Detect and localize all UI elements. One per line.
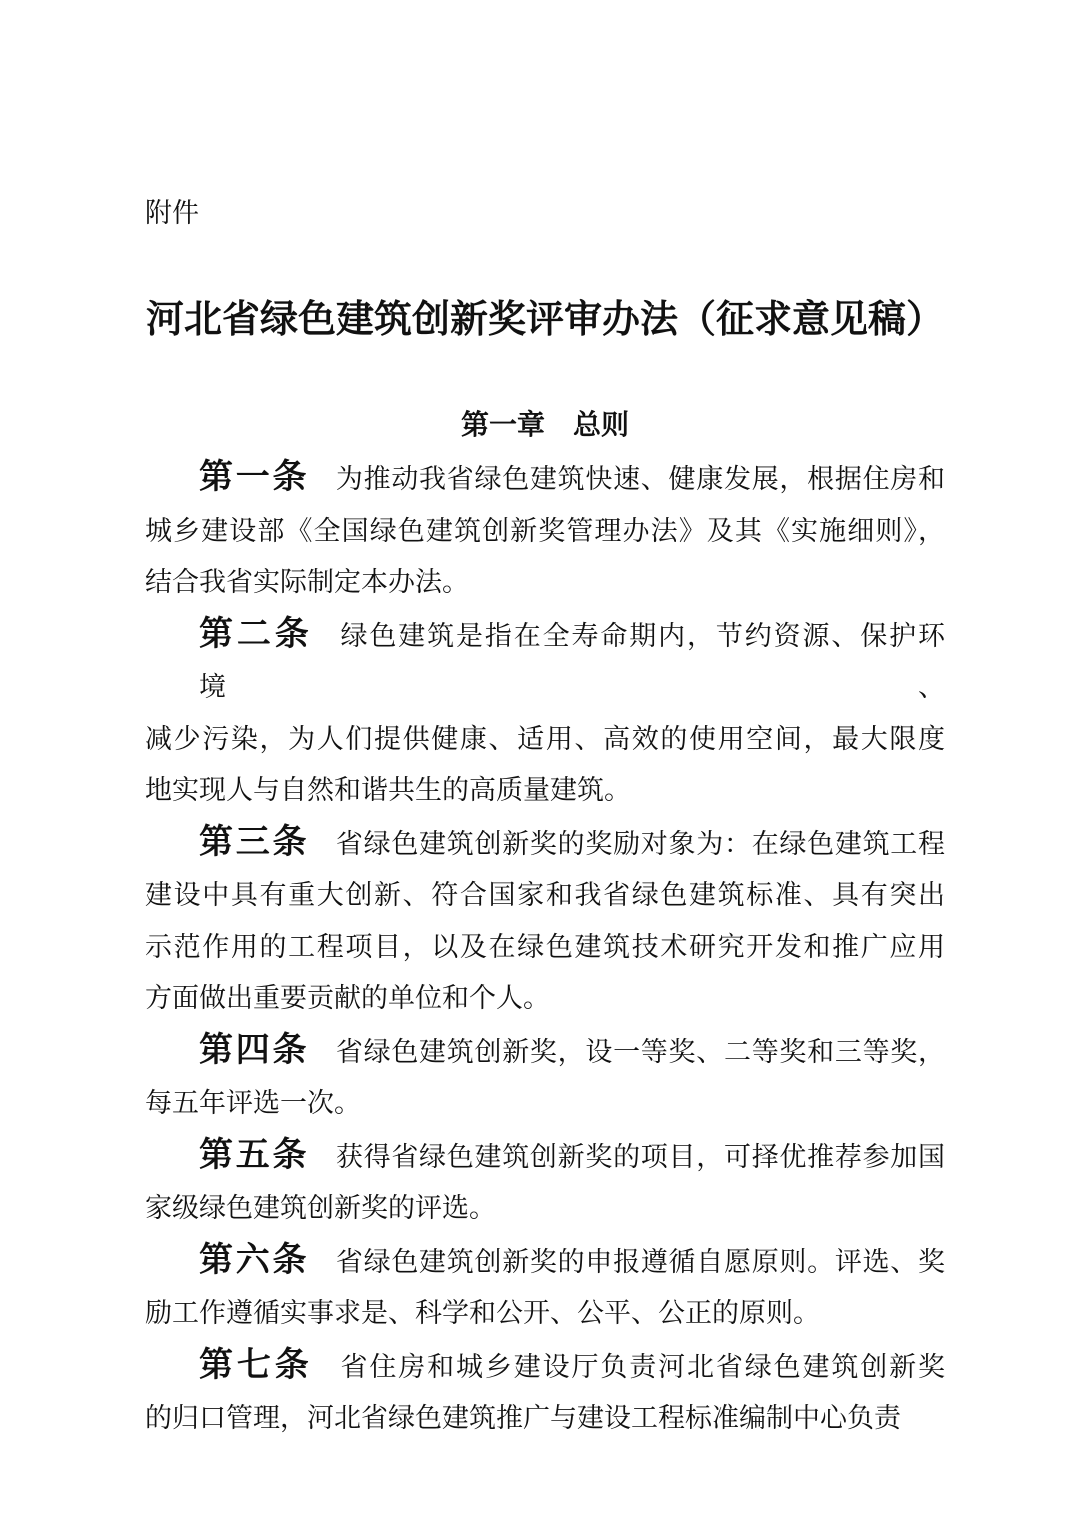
article-line: 城乡建设部《全国绿色建筑创新奖管理办法》及其《实施细则》， — [145, 506, 945, 558]
article: 第五条获得省绿色建筑创新奖的项目，可择优推荐参加国家级绿色建筑创新奖的评选。 — [145, 1130, 945, 1235]
article: 第二条绿色建筑是指在全寿命期内，节约资源、保护环境、减少污染，为人们提供健康、适… — [145, 609, 945, 817]
article-line: 结合我省实际制定本办法。 — [145, 557, 945, 609]
document-title: 河北省绿色建筑创新奖评审办法（征求意见稿） — [145, 297, 945, 343]
article-line: 的归口管理，河北省绿色建筑推广与建设工程标准编制中心负责 — [145, 1393, 945, 1445]
article-line-text: 获得省绿色建筑创新奖的项目，可择优推荐参加国 — [335, 1142, 945, 1172]
article-line: 第七条省住房和城乡建设厅负责河北省绿色建筑创新奖 — [145, 1340, 945, 1394]
articles-body: 第一条为推动我省绿色建筑快速、健康发展，根据住房和城乡建设部《全国绿色建筑创新奖… — [145, 452, 945, 1445]
article: 第三条省绿色建筑创新奖的奖励对象为：在绿色建筑工程建设中具有重大创新、符合国家和… — [145, 817, 945, 1025]
article-line-text: 省绿色建筑创新奖的申报遵循自愿原则。评选、奖 — [335, 1247, 945, 1277]
chapter-title: 总则 — [573, 409, 629, 440]
article-line: 方面做出重要贡献的单位和个人。 — [145, 973, 945, 1025]
article-number-label: 第五条 — [199, 1136, 309, 1174]
article-line: 第四条省绿色建筑创新奖，设一等奖、二等奖和三等奖， — [145, 1025, 945, 1079]
article-line-text: 省住房和城乡建设厅负责河北省绿色建筑创新奖 — [339, 1352, 945, 1382]
article-line: 建设中具有重大创新、符合国家和我省绿色建筑标准、具有突出 — [145, 870, 945, 922]
article-line: 第三条省绿色建筑创新奖的奖励对象为：在绿色建筑工程 — [145, 817, 945, 871]
article-line: 第五条获得省绿色建筑创新奖的项目，可择优推荐参加国 — [145, 1130, 945, 1184]
article-line: 示范作用的工程项目，以及在绿色建筑技术研究开发和推广应用 — [145, 922, 945, 974]
article: 第四条省绿色建筑创新奖，设一等奖、二等奖和三等奖，每五年评选一次。 — [145, 1025, 945, 1130]
article-line-text: 省绿色建筑创新奖，设一等奖、二等奖和三等奖， — [335, 1037, 945, 1067]
article: 第六条省绿色建筑创新奖的申报遵循自愿原则。评选、奖励工作遵循实事求是、科学和公开… — [145, 1235, 945, 1340]
article-line: 第六条省绿色建筑创新奖的申报遵循自愿原则。评选、奖 — [145, 1235, 945, 1289]
article: 第七条省住房和城乡建设厅负责河北省绿色建筑创新奖的归口管理，河北省绿色建筑推广与… — [145, 1340, 945, 1445]
article-line: 家级绿色建筑创新奖的评选。 — [145, 1183, 945, 1235]
article-number-label: 第二条 — [199, 615, 313, 653]
article-number-label: 第六条 — [199, 1241, 309, 1279]
article-line-text: 省绿色建筑创新奖的奖励对象为：在绿色建筑工程 — [335, 829, 945, 859]
article-line: 第一条为推动我省绿色建筑快速、健康发展，根据住房和 — [145, 452, 945, 506]
chapter-number: 第一章 — [461, 409, 545, 440]
article-line: 减少污染，为人们提供健康、适用、高效的使用空间，最大限度 — [145, 714, 945, 766]
article-number-label: 第七条 — [199, 1346, 313, 1384]
document-page: 附件 河北省绿色建筑创新奖评审办法（征求意见稿） 第一章总则 第一条为推动我省绿… — [0, 0, 1080, 1527]
article-line: 第二条绿色建筑是指在全寿命期内，节约资源、保护环境、 — [145, 609, 945, 714]
article: 第一条为推动我省绿色建筑快速、健康发展，根据住房和城乡建设部《全国绿色建筑创新奖… — [145, 452, 945, 609]
chapter-heading: 第一章总则 — [145, 405, 945, 445]
article-line: 励工作遵循实事求是、科学和公开、公平、公正的原则。 — [145, 1288, 945, 1340]
article-number-label: 第四条 — [199, 1031, 309, 1069]
article-line-text: 为推动我省绿色建筑快速、健康发展，根据住房和 — [335, 464, 945, 494]
attachment-label: 附件 — [145, 0, 945, 233]
article-line: 每五年评选一次。 — [145, 1078, 945, 1130]
article-line: 地实现人与自然和谐共生的高质量建筑。 — [145, 765, 945, 817]
article-number-label: 第一条 — [199, 458, 309, 496]
article-number-label: 第三条 — [199, 823, 309, 861]
